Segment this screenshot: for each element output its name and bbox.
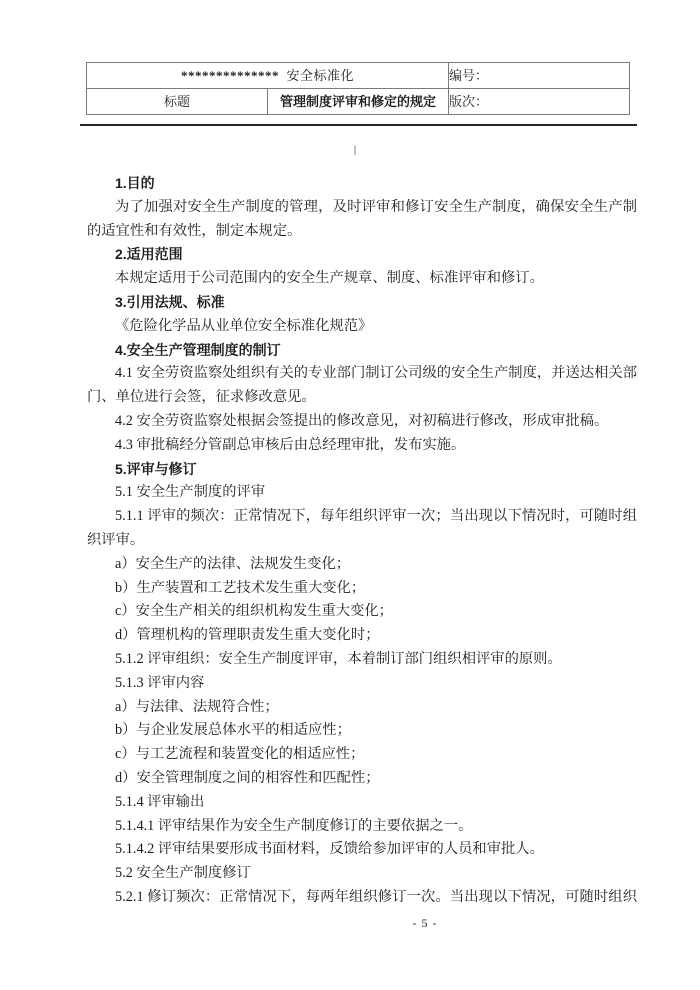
doc-title-cell: 管理制度评审和修定的规定 (268, 89, 449, 115)
stray-tick-mark: | (352, 146, 358, 156)
body-text-line: a）与法律、法规符合性； (87, 696, 637, 720)
standardization-label: 安全标准化 (279, 68, 354, 83)
body-text-line: c）与工艺流程和装置变化的相适应性； (87, 743, 637, 767)
body-text-line: 5.2 安全生产制度修订 (87, 862, 637, 886)
body-text-line: 4.2 安全劳资监察处根据会签提出的修改意见，对初稿进行修改，形成审批稿。 (87, 410, 637, 434)
doc-version-cell: 版次： (449, 89, 630, 115)
header-row-2: 标题 管理制度评审和修定的规定 版次： (87, 89, 630, 115)
document-header-table: ************** 安全标准化 编号： 标题 管理制度评审和修定的规定… (86, 62, 630, 115)
section-heading: 3.引用法规、标准 (87, 291, 637, 315)
body-text-line: d）安全管理制度之间的相容性和匹配性； (87, 767, 637, 791)
doc-number-cell: 编号： (449, 63, 630, 89)
body-text-line: 门、单位进行会签，征求修改意见。 (87, 386, 637, 410)
body-text-line: 织评审。 (87, 529, 637, 553)
body-text-line: 5.1.3 评审内容 (87, 672, 637, 696)
body-text-line: c）安全生产相关的组织机构发生重大变化； (87, 600, 637, 624)
body-text-line: 5.1.4.1 评审结果作为安全生产制度修订的主要依据之一。 (87, 815, 637, 839)
document-body: 1.目的为了加强对安全生产制度的管理，及时评审和修订安全生产制度，确保安全生产制… (87, 172, 637, 910)
body-text-line: a）安全生产的法律、法规发生变化； (87, 553, 637, 577)
org-standardization-cell: ************** 安全标准化 (87, 63, 449, 89)
body-text-line: 5.2.1 修订频次：正常情况下，每两年组织修订一次。当出现以下情况，可随时组织 (87, 886, 637, 910)
section-heading: 1.目的 (87, 172, 637, 196)
body-text-line: 5.1.1 评审的频次：正常情况下，每年组织评审一次；当出现以下情况时，可随时组 (87, 505, 637, 529)
body-text-line: 4.3 审批稿经分管副总审核后由总经理审批，发布实施。 (87, 434, 637, 458)
body-text-line: 《危险化学品从业单位安全标准化规范》 (87, 315, 637, 339)
body-text-line: b）生产装置和工艺技术发生重大变化； (87, 577, 637, 601)
body-text-line: b）与企业发展总体水平的相适应性； (87, 719, 637, 743)
body-text-line: 为了加强对安全生产制度的管理，及时评审和修订安全生产制度，确保安全生产制度 (87, 196, 637, 220)
title-label-cell: 标题 (87, 89, 268, 115)
body-text-line: 本规定适用于公司范围内的安全生产规章、制度、标准评审和修订。 (87, 267, 637, 291)
section-heading: 2.适用范围 (87, 243, 637, 267)
body-text-line: d）管理机构的管理职责发生重大变化时； (87, 624, 637, 648)
body-text-line: 5.1 安全生产制度的评审 (87, 481, 637, 505)
body-text-line: 的适宜性和有效性，制定本规定。 (87, 220, 637, 244)
header-row-1: ************** 安全标准化 编号： (87, 63, 630, 89)
body-text-line: 4.1 安全劳资监察处组织有关的专业部门制订公司级的安全生产制度，并送达相关部 (87, 362, 637, 386)
document-page: ************** 安全标准化 编号： 标题 管理制度评审和修定的规定… (0, 0, 700, 990)
masked-org-name: ************** (181, 68, 279, 83)
body-text-line: 5.1.4.2 评审结果要形成书面材料，反馈给参加评审的人员和审批人。 (87, 838, 637, 862)
header-divider-rule (80, 124, 637, 126)
page-number: - 5 - (380, 916, 470, 931)
section-heading: 5.评审与修订 (87, 458, 637, 482)
section-heading: 4.安全生产管理制度的制订 (87, 339, 637, 363)
body-text-line: 5.1.2 评审组织：安全生产制度评审，本着制订部门组织相评审的原则。 (87, 648, 637, 672)
body-text-line: 5.1.4 评审输出 (87, 791, 637, 815)
